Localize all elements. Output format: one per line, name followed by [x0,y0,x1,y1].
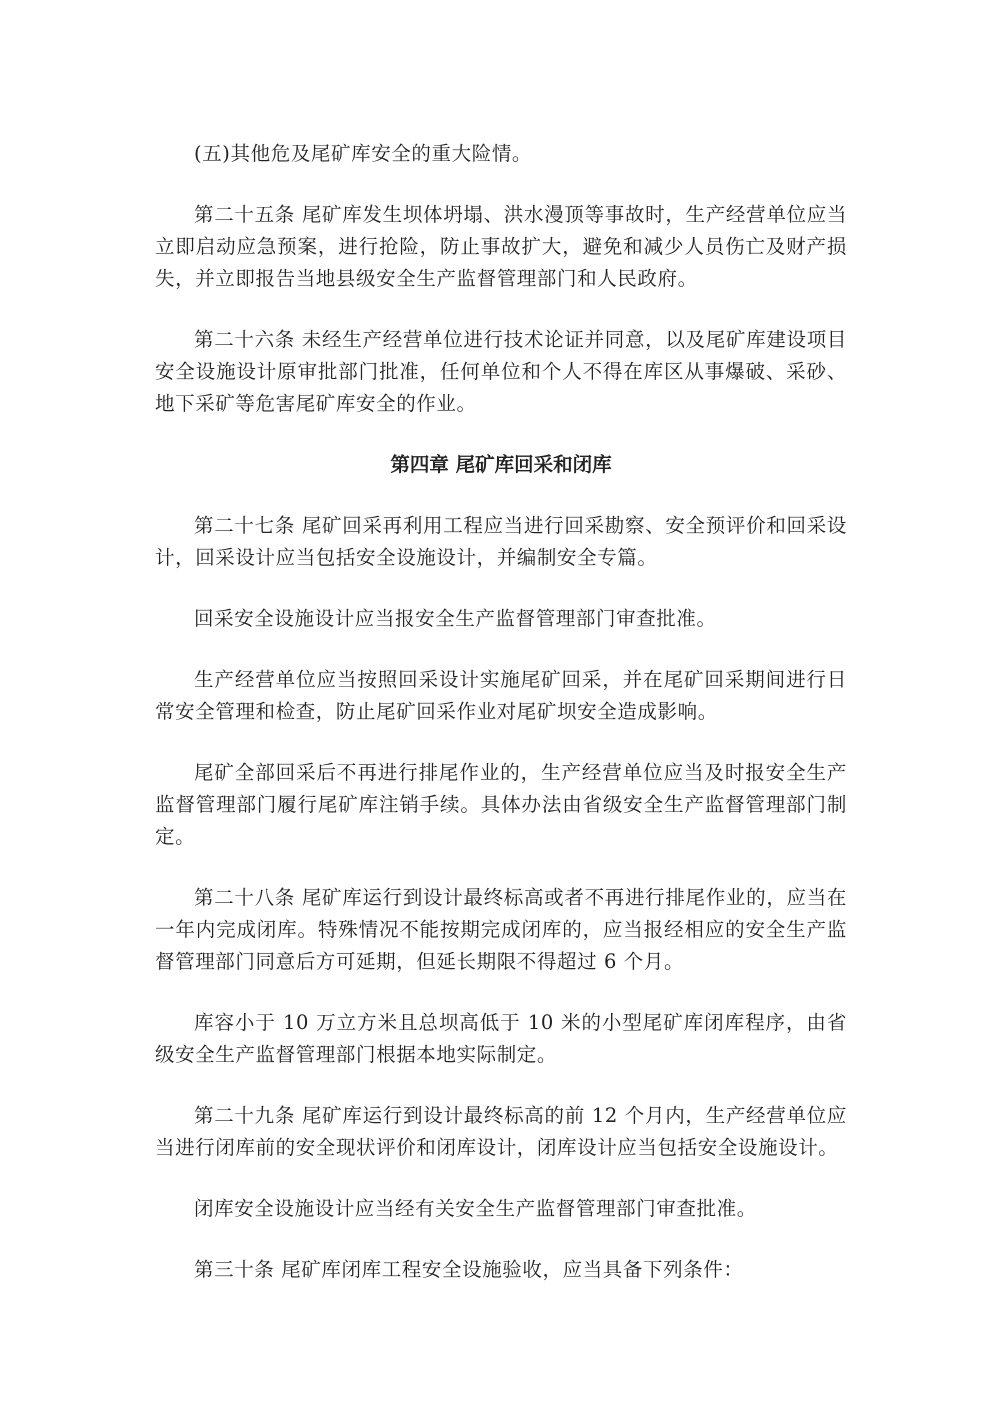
document-page: (五)其他危及尾矿库安全的重大险情。 第二十五条 尾矿库发生坝体坍塌、洪水漫顶等… [155,138,847,1315]
paragraph-article-29-approval: 闭库安全设施设计应当经有关安全生产监督管理部门审查批准。 [155,1193,847,1225]
paragraph-article-28-small-reservoir: 库容小于 10 万立方米且总坝高低于 10 米的小型尾矿库闭库程序，由省级安全生… [155,1007,847,1071]
chapter-heading: 第四章 尾矿库回采和闭库 [155,449,847,481]
paragraph-article-27: 第二十七条 尾矿回采再利用工程应当进行回采勘察、安全预评价和回采设计，回采设计应… [155,510,847,574]
paragraph-article-27-implementation: 生产经营单位应当按照回采设计实施尾矿回采，并在尾矿回采期间进行日常安全管理和检查… [155,664,847,728]
paragraph-article-30: 第三十条 尾矿库闭库工程安全设施验收，应当具备下列条件： [155,1254,847,1286]
paragraph-article-27-approval: 回采安全设施设计应当报安全生产监督管理部门审查批准。 [155,603,847,635]
paragraph-article-29: 第二十九条 尾矿库运行到设计最终标高的前 12 个月内，生产经营单位应当进行闭库… [155,1100,847,1164]
paragraph-article-27-cancellation: 尾矿全部回采后不再进行排尾作业的，生产经营单位应当及时报安全生产监督管理部门履行… [155,757,847,853]
paragraph-article-26: 第二十六条 未经生产经营单位进行技术论证并同意，以及尾矿库建设项目安全设施设计原… [155,324,847,420]
paragraph-article-28: 第二十八条 尾矿库运行到设计最终标高或者不再进行排尾作业的，应当在一年内完成闭库… [155,882,847,978]
paragraph-article-25: 第二十五条 尾矿库发生坝体坍塌、洪水漫顶等事故时，生产经营单位应当立即启动应急预… [155,199,847,295]
paragraph-item-5: (五)其他危及尾矿库安全的重大险情。 [155,138,847,170]
